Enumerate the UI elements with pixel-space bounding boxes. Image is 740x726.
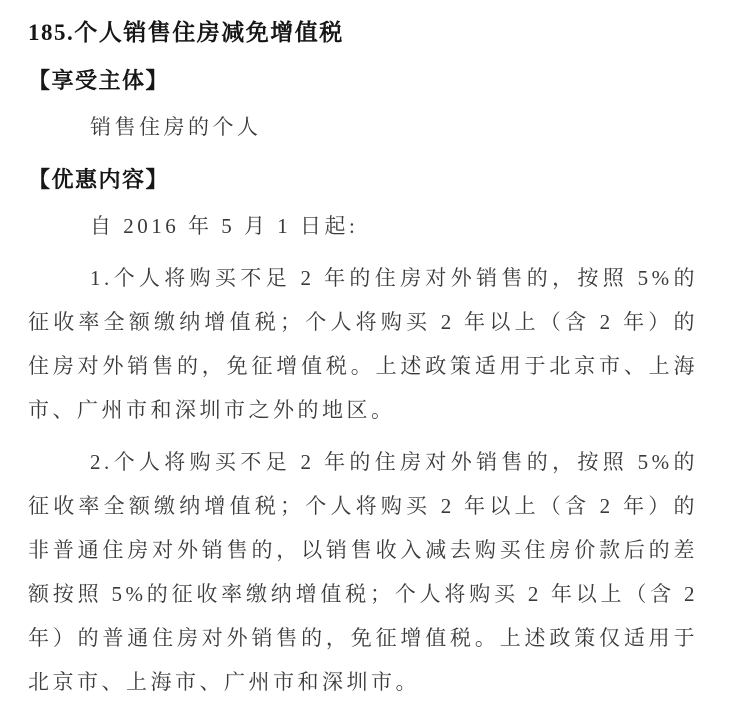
section-heading-beneficiary: 【享受主体】 (28, 65, 698, 97)
paragraph-beneficiary: 销售住房的个人 (28, 105, 698, 149)
paragraph-effective-date: 自 2016 年 5 月 1 日起: (28, 204, 698, 248)
document-page: 185.个人销售住房减免增值税 【享受主体】 销售住房的个人 【优惠内容】 自 … (0, 0, 740, 726)
paragraph-policy-item-2: 2.个人将购买不足 2 年的住房对外销售的，按照 5%的征收率全额缴纳增值税；个… (28, 440, 698, 704)
paragraph-policy-item-1: 1.个人将购买不足 2 年的住房对外销售的，按照 5%的征收率全额缴纳增值税；个… (28, 256, 698, 432)
section-heading-benefit-content: 【优惠内容】 (28, 164, 698, 196)
document-title: 185.个人销售住房减免增值税 (28, 16, 698, 50)
